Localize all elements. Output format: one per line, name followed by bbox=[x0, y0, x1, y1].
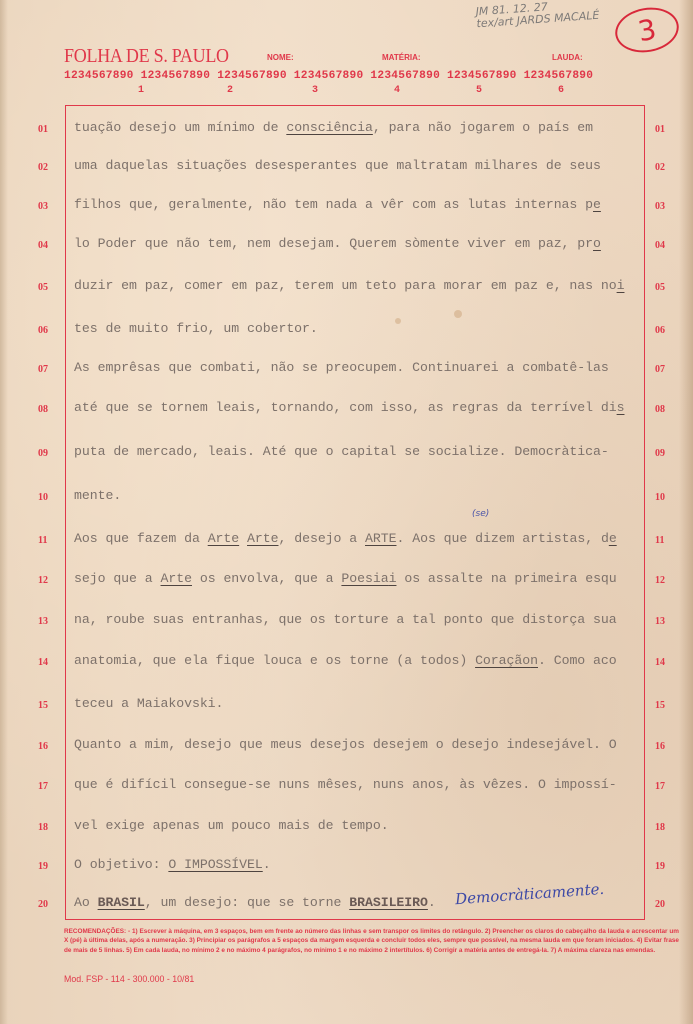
typed-text: os assalte na primeira esqu bbox=[396, 571, 616, 586]
typed-text: . bbox=[263, 857, 271, 872]
line-number-left: 06 bbox=[38, 325, 48, 336]
ruler-tens-mark: 1 bbox=[138, 85, 144, 96]
line-number-left: 05 bbox=[38, 282, 48, 293]
line-number-right: 14 bbox=[655, 657, 665, 668]
typed-line: As emprêsas que combati, não se preocupe… bbox=[74, 360, 609, 375]
line-number-right: 05 bbox=[655, 282, 665, 293]
ruler-tens-mark: 5 bbox=[476, 85, 482, 96]
paper-edge-right bbox=[679, 0, 693, 1024]
typed-text: duzir em paz, comer em paz, terem um tet… bbox=[74, 278, 617, 293]
line-number-left: 04 bbox=[38, 240, 48, 251]
line-number-left: 07 bbox=[38, 364, 48, 375]
typed-line: Ao BRASIL, um desejo: que se torne BRASI… bbox=[74, 895, 436, 910]
page-field-label: LAUDA: bbox=[552, 53, 583, 62]
underlined-word: Coração bbox=[475, 653, 530, 668]
line-number-right: 10 bbox=[655, 492, 665, 503]
typed-text: O objetivo: bbox=[74, 857, 168, 872]
line-number-right: 02 bbox=[655, 162, 665, 173]
typed-line: Aos que fazem da Arte Arte, desejo a ART… bbox=[74, 531, 617, 546]
typed-line: que é difícil consegue-se nuns mêses, nu… bbox=[74, 777, 617, 792]
typed-line: até que se tornem leais, tornando, com i… bbox=[74, 400, 624, 415]
name-field-label: NOME: bbox=[267, 53, 294, 62]
typed-text: lo Poder que não tem, nem desejam. Quere… bbox=[74, 236, 593, 251]
underlined-word: n bbox=[530, 653, 538, 668]
line-number-left: 16 bbox=[38, 741, 48, 752]
typed-text: . bbox=[428, 895, 436, 910]
typed-line: Quanto a mim, desejo que meus desejos de… bbox=[74, 737, 617, 752]
typed-text: sejo que a bbox=[74, 571, 161, 586]
typed-line: filhos que, geralmente, não tem nada a v… bbox=[74, 197, 601, 212]
line-number-right: 06 bbox=[655, 325, 665, 336]
line-number-left: 02 bbox=[38, 162, 48, 173]
typed-text: na, roube suas entranhas, que os torture… bbox=[74, 612, 617, 627]
underlined-word: Poesia bbox=[341, 571, 388, 586]
underlined-word: Arte bbox=[161, 571, 192, 586]
line-number-left: 11 bbox=[38, 535, 47, 546]
line-number-left: 15 bbox=[38, 700, 48, 711]
line-number-right: 11 bbox=[655, 535, 664, 546]
ruler-tens-mark: 3 bbox=[312, 85, 318, 96]
line-number-right: 16 bbox=[655, 741, 665, 752]
typed-text: , desejo a bbox=[279, 531, 366, 546]
typed-text: . Aos que dizem artistas, d bbox=[396, 531, 608, 546]
typed-text: os envolva, que a bbox=[192, 571, 341, 586]
underlined-word: i bbox=[617, 278, 625, 293]
typed-text: que é difícil consegue-se nuns mêses, nu… bbox=[74, 777, 617, 792]
typed-line: O objetivo: O IMPOSSÍVEL. bbox=[74, 857, 271, 872]
line-number-left: 10 bbox=[38, 492, 48, 503]
line-number-right: 20 bbox=[655, 899, 665, 910]
line-number-right: 04 bbox=[655, 240, 665, 251]
underlined-word: e bbox=[593, 197, 601, 212]
typed-text: vel exige apenas um pouco mais de tempo. bbox=[74, 818, 389, 833]
typed-text bbox=[239, 531, 247, 546]
typed-text: Ao bbox=[74, 895, 98, 910]
line-number-left: 20 bbox=[38, 899, 48, 910]
line-number-left: 14 bbox=[38, 657, 48, 668]
line-number-left: 03 bbox=[38, 201, 48, 212]
underlined-word: ARTE bbox=[365, 531, 396, 546]
typed-line: mente. bbox=[74, 488, 121, 503]
character-ruler: 1234567890 1234567890 1234567890 1234567… bbox=[64, 70, 593, 82]
line-number-right: 03 bbox=[655, 201, 665, 212]
line-number-right: 15 bbox=[655, 700, 665, 711]
typed-text: , um desejo: que se torne bbox=[145, 895, 349, 910]
typed-line: vel exige apenas um pouco mais de tempo. bbox=[74, 818, 389, 833]
typed-text: puta de mercado, leais. Até que o capita… bbox=[74, 444, 609, 459]
typed-text: até que se tornem leais, tornando, com i… bbox=[74, 400, 617, 415]
line-number-left: 08 bbox=[38, 404, 48, 415]
handwritten-archive-note: JM 81. 12. 27 tex/art JARDS MACALÉ bbox=[475, 0, 599, 30]
line-number-right: 08 bbox=[655, 404, 665, 415]
typed-text: teceu a Maiakovski. bbox=[74, 696, 223, 711]
typed-text: Aos que fazem da bbox=[74, 531, 208, 546]
underlined-word: Arte bbox=[208, 531, 239, 546]
form-model-number: Mod. FSP - 114 - 300.000 - 10/81 bbox=[64, 974, 194, 984]
paper-edge-left bbox=[0, 0, 8, 1024]
typed-text: anatomia, que ela fique louca e os torne… bbox=[74, 653, 475, 668]
typed-line: anatomia, que ela fique louca e os torne… bbox=[74, 653, 617, 668]
line-number-right: 07 bbox=[655, 364, 665, 375]
ruler-tens-mark: 6 bbox=[558, 85, 564, 96]
typed-line: na, roube suas entranhas, que os torture… bbox=[74, 612, 617, 627]
line-number-left: 09 bbox=[38, 448, 48, 459]
typed-line: puta de mercado, leais. Até que o capita… bbox=[74, 444, 609, 459]
typing-recommendations: RECOMENDAÇÕES: - 1) Escrever à máquina, … bbox=[64, 927, 679, 955]
line-number-left: 13 bbox=[38, 616, 48, 627]
ruler-tens-mark: 2 bbox=[227, 85, 233, 96]
line-number-right: 09 bbox=[655, 448, 665, 459]
line-number-right: 19 bbox=[655, 861, 665, 872]
underlined-word: s bbox=[617, 400, 625, 415]
circled-page-number: 3 bbox=[612, 3, 683, 57]
typed-line: tes de muito frio, um cobertor. bbox=[74, 321, 318, 336]
typed-text: uma daquelas situações desesperantes que… bbox=[74, 158, 601, 173]
line-number-right: 13 bbox=[655, 616, 665, 627]
line-number-left: 12 bbox=[38, 575, 48, 586]
typed-line: sejo que a Arte os envolva, que a Poesia… bbox=[74, 571, 617, 586]
typed-text: mente. bbox=[74, 488, 121, 503]
typed-text: Quanto a mim, desejo que meus desejos de… bbox=[74, 737, 617, 752]
line-number-right: 01 bbox=[655, 124, 665, 135]
subject-field-label: MATÉRIA: bbox=[382, 53, 421, 62]
typed-line: duzir em paz, comer em paz, terem um tet… bbox=[74, 278, 624, 293]
line-number-left: 18 bbox=[38, 822, 48, 833]
underlined-word: O IMPOSSÍVEL bbox=[168, 857, 262, 872]
line-number-left: 19 bbox=[38, 861, 48, 872]
typed-line: uma daquelas situações desesperantes que… bbox=[74, 158, 601, 173]
line-number-right: 17 bbox=[655, 781, 665, 792]
typing-area-box bbox=[65, 105, 645, 920]
line-number-right: 18 bbox=[655, 822, 665, 833]
underlined-word: e bbox=[609, 531, 617, 546]
ruler-tens-mark: 4 bbox=[394, 85, 400, 96]
underlined-word: consciência bbox=[286, 120, 373, 135]
underlined-word: Arte bbox=[247, 531, 278, 546]
underlined-word: o bbox=[593, 236, 601, 251]
underlined-word: BRASIL bbox=[98, 895, 145, 910]
typed-text: As emprêsas que combati, não se preocupe… bbox=[74, 360, 609, 375]
typed-text: tuação desejo um mínimo de bbox=[74, 120, 286, 135]
line-number-left: 01 bbox=[38, 124, 48, 135]
handwritten-insert: (se) bbox=[472, 509, 489, 519]
typed-text: . Como aco bbox=[538, 653, 617, 668]
line-number-right: 12 bbox=[655, 575, 665, 586]
line-number-left: 17 bbox=[38, 781, 48, 792]
typed-line: tuação desejo um mínimo de consciência, … bbox=[74, 120, 593, 135]
underlined-word: BRASILEIRO bbox=[349, 895, 428, 910]
typed-text: tes de muito frio, um cobertor. bbox=[74, 321, 318, 336]
newspaper-masthead: FOLHA DE S. PAULO bbox=[64, 45, 229, 68]
typed-text: , para não jogarem o país em bbox=[373, 120, 593, 135]
typed-line: teceu a Maiakovski. bbox=[74, 696, 223, 711]
typed-text: filhos que, geralmente, não tem nada a v… bbox=[74, 197, 593, 212]
typed-line: lo Poder que não tem, nem desejam. Quere… bbox=[74, 236, 601, 251]
